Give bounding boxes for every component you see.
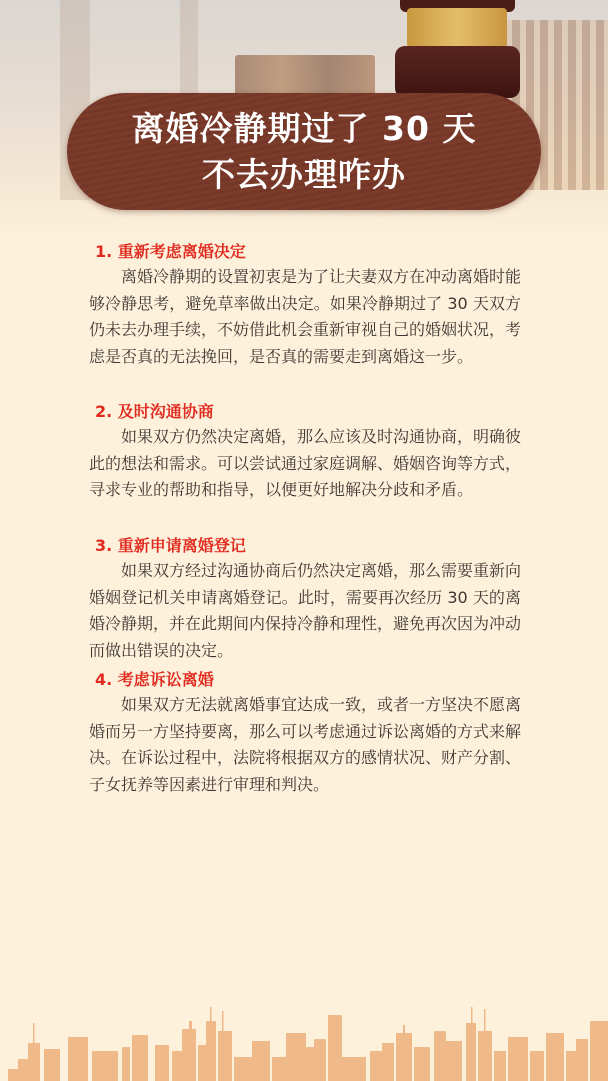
city-skyline-icon [0, 1001, 608, 1081]
page-title-line1: 离婚冷静期过了 30 天 [132, 106, 477, 152]
section-body: 离婚冷静期的设置初衷是为了让夫妻双方在冲动离婚时能够冷静思考，避免草率做出决定。… [89, 264, 521, 370]
section-reconsider: 1. 重新考虑离婚决定 离婚冷静期的设置初衷是为了让夫妻双方在冲动离婚时能够冷静… [89, 240, 521, 370]
section-body: 如果双方经过沟通协商后仍然决定离婚，那么需要重新向婚姻登记机关申请离婚登记。此时… [89, 558, 521, 664]
section-body: 如果双方仍然决定离婚，那么应该及时沟通协商，明确彼此的想法和需求。可以尝试通过家… [89, 424, 521, 504]
gavel-icon [395, 0, 545, 100]
section-body: 如果双方无法就离婚事宜达成一致，或者一方坚决不愿离婚而另一方坚持要离，那么可以考… [89, 692, 521, 798]
section-heading: 2. 及时沟通协商 [95, 400, 521, 424]
section-heading: 3. 重新申请离婚登记 [95, 534, 521, 558]
section-reapply: 3. 重新申请离婚登记 如果双方经过沟通协商后仍然决定离婚，那么需要重新向婚姻登… [89, 534, 521, 664]
title-banner: 离婚冷静期过了 30 天 不去办理咋办 [67, 93, 541, 210]
section-communicate: 2. 及时沟通协商 如果双方仍然决定离婚，那么应该及时沟通协商，明确彼此的想法和… [89, 400, 521, 504]
section-litigation: 4. 考虑诉讼离婚 如果双方无法就离婚事宜达成一致，或者一方坚决不愿离婚而另一方… [89, 668, 521, 798]
law-books-image [235, 55, 375, 95]
section-heading: 1. 重新考虑离婚决定 [95, 240, 521, 264]
page-title-line2: 不去办理咋办 [202, 152, 406, 198]
section-heading: 4. 考虑诉讼离婚 [95, 668, 521, 692]
